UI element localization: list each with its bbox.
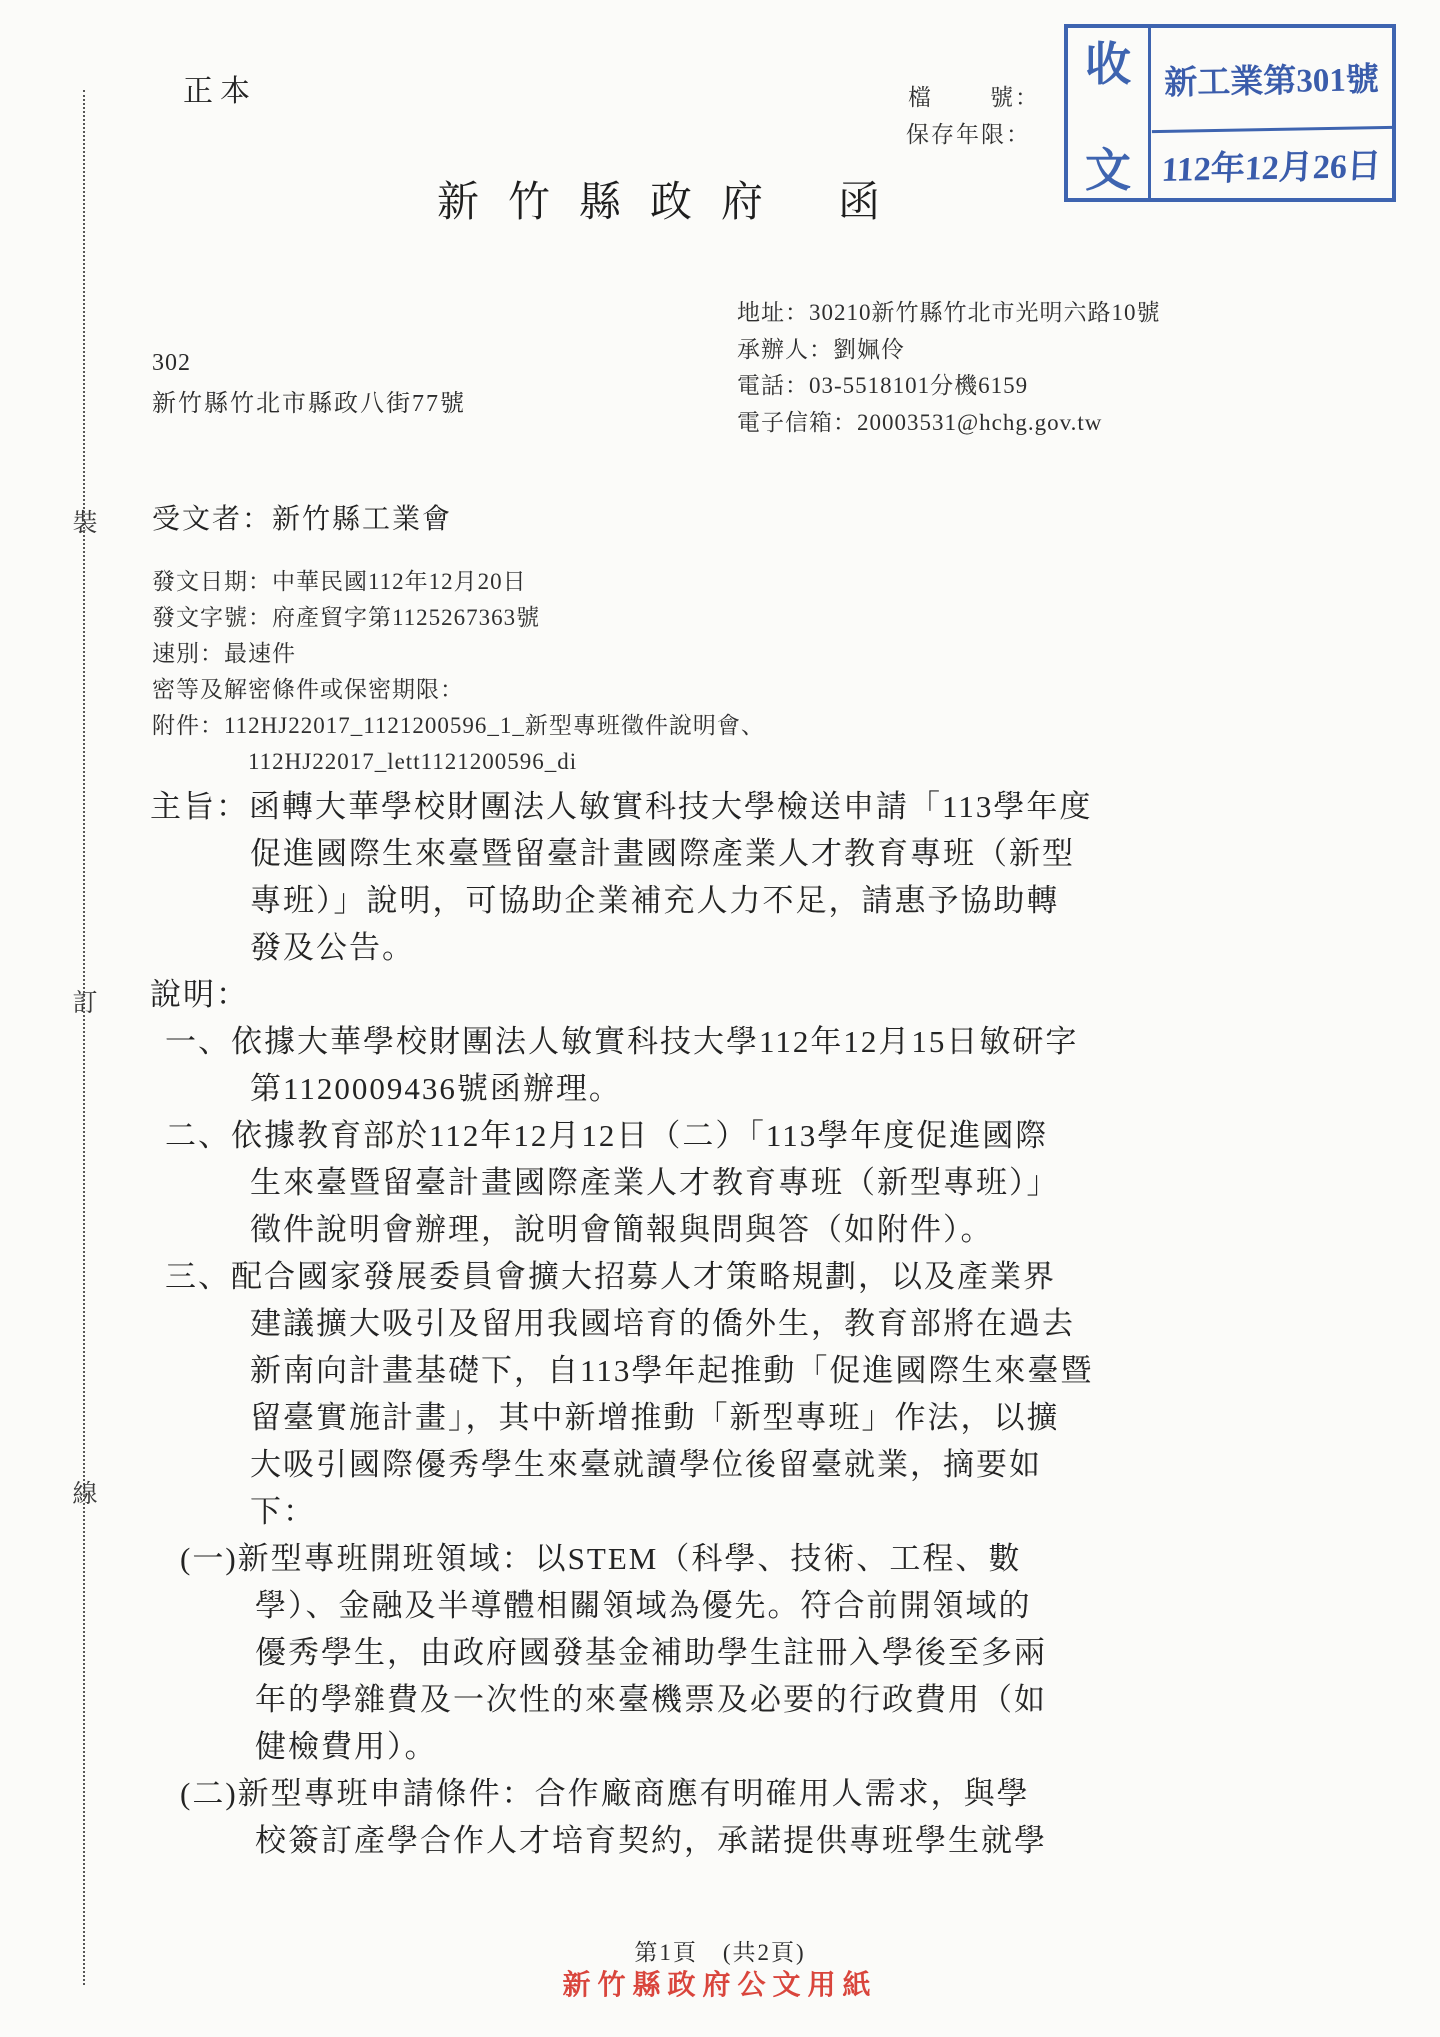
file-number-label-right: 號：: [990, 79, 1040, 112]
body-line: 年的學雜費及一次性的來臺機票及必要的行政費用（如: [255, 1676, 1093, 1723]
recipient-zip: 302: [152, 350, 191, 377]
agency-contact-block: 地址：30210新竹縣竹北市光明六路10號 承辦人：劉姵伶 電話：03-5518…: [737, 295, 1161, 441]
received-stamp: 收 文 新工業第301號 112年12月26日: [1064, 24, 1396, 202]
recipient-street-address: 新竹縣竹北市縣政八街77號: [152, 383, 466, 418]
body-line: 新南向計畫基礎下，自113學年起推動「促進國際生來臺暨: [250, 1347, 1093, 1394]
recipient-line: 受文者：新竹縣工業會: [152, 497, 452, 537]
agency-address: 地址：30210新竹縣竹北市光明六路10號: [737, 295, 1161, 332]
body-line: 一、依據大華學校財團法人敏實科技大學112年12月15日敏研字: [165, 1018, 1093, 1065]
retention-period-label: 保存年限：: [906, 116, 1031, 149]
body-line: 健檢費用）。: [255, 1723, 1093, 1770]
body-line: 專班）」說明，可協助企業補充人力不足，請惠予協助轉: [250, 877, 1093, 924]
received-stamp-number: 新工業第301號: [1150, 26, 1393, 133]
margin-char-ding: 訂: [70, 983, 100, 1019]
attachment-line-1: 附件：112HJ22017_1121200596_1_新型專班徵件說明會、: [152, 708, 765, 744]
document-meta-block: 發文日期：中華民國112年12月20日 發文字號：府產貿字第1125267363…: [152, 564, 765, 780]
body-line: 三、配合國家發展委員會擴大招募人才策略規劃，以及產業界: [165, 1253, 1093, 1300]
contact-email: 電子信箱：20003531@hchg.gov.tw: [737, 405, 1161, 442]
body-line: 主旨：函轉大華學校財團法人敏實科技大學檢送申請「113學年度: [150, 783, 1093, 830]
official-paper-label: 新竹縣政府公文用紙: [0, 1963, 1440, 2003]
attachment-line-2: 112HJ22017_lett1121200596_di: [248, 744, 765, 780]
body-line: 說明：: [150, 971, 1093, 1018]
security-class-line: 密等及解密條件或保密期限：: [152, 672, 765, 708]
body-line: 下：: [250, 1488, 1093, 1535]
speed-class-line: 速別：最速件: [152, 636, 765, 672]
margin-char-xian: 線: [70, 1474, 100, 1510]
body-line: 發及公告。: [250, 924, 1093, 971]
issue-number-line: 發文字號：府產貿字第1125267363號: [152, 600, 765, 636]
received-stamp-date: 112年12月26日: [1149, 129, 1394, 200]
official-letter-page: 裝 訂 線 正本 新竹縣政府 函 檔 號： 保存年限： 收 文 新工業第301號…: [0, 0, 1440, 2037]
margin-char-zhuang: 裝: [70, 503, 100, 539]
binding-dotted-line: [83, 90, 85, 1985]
contact-officer: 承辦人：劉姵伶: [737, 332, 1161, 369]
issuing-agency-title: 新竹縣政府: [437, 169, 792, 229]
stamp-char-shou: 收: [1085, 42, 1131, 88]
document-type-title: 函: [838, 169, 880, 229]
stamp-char-wen: 文: [1085, 148, 1131, 194]
contact-phone: 電話：03-5518101分機6159: [737, 368, 1161, 405]
body-line: 學）、金融及半導體相關領域為優先。符合前開領域的: [255, 1582, 1093, 1629]
body-line: 建議擴大吸引及留用我國培育的僑外生，教育部將在過去: [250, 1300, 1093, 1347]
body-line: 優秀學生，由政府國發基金補助學生註冊入學後至多兩: [255, 1629, 1093, 1676]
body-line: 留臺實施計畫」，其中新增推動「新型專班」作法，以擴: [250, 1394, 1093, 1441]
letter-body: 主旨：函轉大華學校財團法人敏實科技大學檢送申請「113學年度 促進國際生來臺暨留…: [150, 783, 1093, 1864]
body-line: 徵件說明會辦理，說明會簡報與問與答（如附件）。: [250, 1206, 1093, 1253]
received-stamp-label: 收 文: [1068, 28, 1151, 198]
body-line: 二、依據教育部於112年12月12日（二）「113學年度促進國際: [165, 1112, 1093, 1159]
received-stamp-fields: 新工業第301號 112年12月26日: [1151, 28, 1392, 198]
body-line: 第1120009436號函辦理。: [250, 1065, 1093, 1112]
issue-date-line: 發文日期：中華民國112年12月20日: [152, 564, 765, 600]
file-number-label: 檔 號：: [908, 79, 1040, 112]
body-line: 生來臺暨留臺計畫國際產業人才教育專班（新型專班）」: [250, 1159, 1093, 1206]
body-line: 校簽訂產學合作人才培育契約，承諾提供專班學生就學: [255, 1817, 1093, 1864]
file-number-label-left: 檔: [908, 79, 933, 112]
body-line: 促進國際生來臺暨留臺計畫國際產業人才教育專班（新型: [250, 830, 1093, 877]
copy-type-label: 正本: [183, 66, 257, 110]
body-line: (一)新型專班開班領域：以STEM（科學、技術、工程、數: [180, 1535, 1093, 1582]
body-line: (二)新型專班申請條件：合作廠商應有明確用人需求，與學: [180, 1770, 1093, 1817]
body-line: 大吸引國際優秀學生來臺就讀學位後留臺就業，摘要如: [250, 1441, 1093, 1488]
